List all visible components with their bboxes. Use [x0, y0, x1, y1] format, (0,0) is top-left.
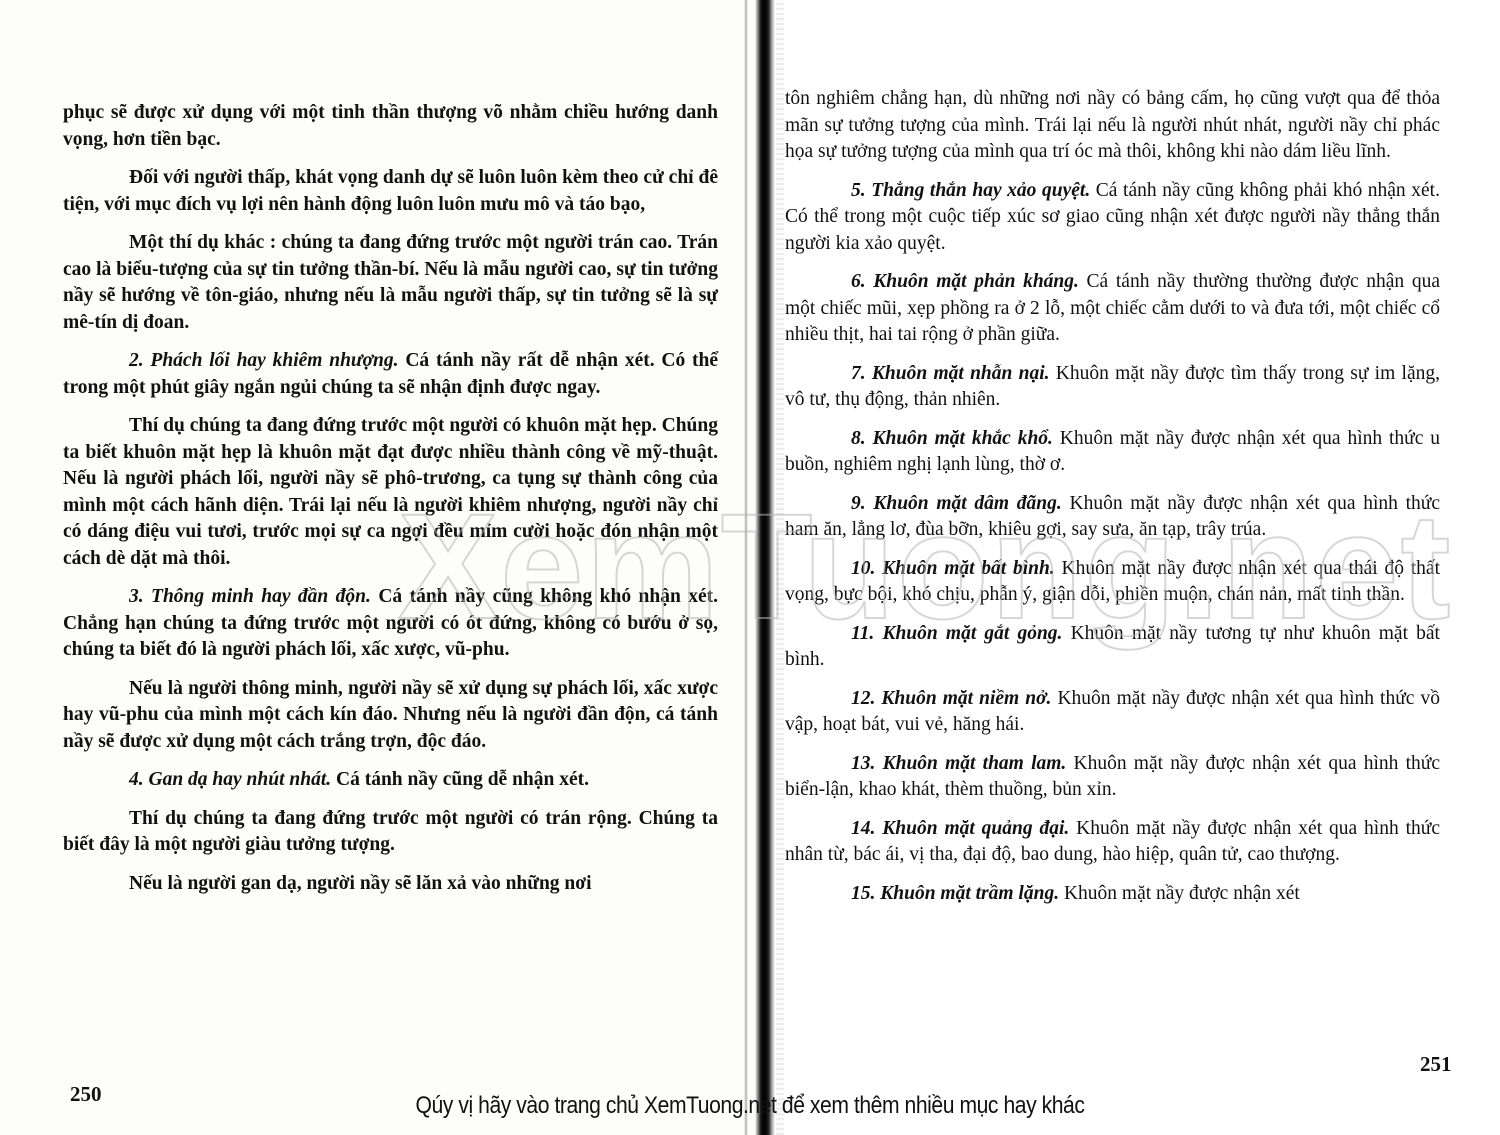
section-heading: 6. Khuôn mặt phản kháng.: [851, 271, 1079, 292]
left-page-text: phục sẽ được xử dụng với một tinh thần t…: [63, 100, 718, 909]
section-heading: 10. Khuôn mặt bất bình.: [851, 558, 1055, 579]
section-heading: 8. Khuôn mặt khắc khổ.: [851, 428, 1053, 449]
left-page: phục sẽ được xử dụng với một tinh thần t…: [0, 0, 758, 1135]
paragraph-text: Đối với người thấp, khát vọng danh dự sẽ…: [63, 167, 718, 215]
section-heading: 5. Thẳng thắn hay xảo quyệt.: [851, 180, 1090, 201]
paragraph: Thí dụ chúng ta đang đứng trước một ngườ…: [63, 806, 718, 859]
paragraph: 12. Khuôn mặt niềm nở. Khuôn mặt nầy đượ…: [785, 686, 1440, 739]
paragraph: Thí dụ chúng ta đang đứng trước một ngườ…: [63, 413, 718, 572]
page-crease: [744, 0, 748, 1135]
paragraph: 3. Thông minh hay đần độn. Cá tánh nầy c…: [63, 584, 718, 664]
paragraph-text: tôn nghiêm chẳng hạn, dù những nơi nầy c…: [785, 88, 1440, 162]
paragraph-text: Một thí dụ khác : chúng ta đang đứng trư…: [63, 232, 718, 333]
paragraph: 15. Khuôn mặt trầm lặng. Khuôn mặt nầy đ…: [785, 881, 1440, 908]
paragraph-text: Nếu là người gan dạ, người nầy sẽ lăn xả…: [129, 873, 592, 894]
paragraph-text: Cá tánh nầy cũng dễ nhận xét.: [331, 769, 589, 790]
section-heading: 3. Thông minh hay đần độn.: [129, 586, 371, 607]
section-heading: 2. Phách lối hay khiêm nhượng.: [129, 350, 399, 371]
paragraph: 11. Khuôn mặt gắt gỏng. Khuôn mặt nầy tư…: [785, 621, 1440, 674]
paragraph: Một thí dụ khác : chúng ta đang đứng trư…: [63, 230, 718, 336]
paragraph: Nếu là người thông minh, người nầy sẽ xử…: [63, 676, 718, 756]
section-heading: 4. Gan dạ hay nhút nhát.: [129, 769, 331, 790]
paragraph: 9. Khuôn mặt dâm đãng. Khuôn mặt nầy đượ…: [785, 491, 1440, 544]
paragraph-text: Nếu là người thông minh, người nầy sẽ xử…: [63, 678, 718, 752]
section-heading: 11. Khuôn mặt gắt gỏng.: [851, 623, 1062, 644]
right-page-text: tôn nghiêm chẳng hạn, dù những nơi nầy c…: [785, 86, 1440, 919]
paragraph-text: Khuôn mặt nầy được nhận xét: [1059, 883, 1300, 904]
paragraph: Nếu là người gan dạ, người nầy sẽ lăn xả…: [63, 871, 718, 898]
paragraph-text: Thí dụ chúng ta đang đứng trước một ngườ…: [63, 808, 718, 856]
paragraph: 6. Khuôn mặt phản kháng. Cá tánh nầy thư…: [785, 269, 1440, 349]
paragraph-text: phục sẽ được xử dụng với một tinh thần t…: [63, 102, 718, 150]
paragraph: 5. Thẳng thắn hay xảo quyệt. Cá tánh nầy…: [785, 178, 1440, 258]
section-heading: 9. Khuôn mặt dâm đãng.: [851, 493, 1062, 514]
paragraph: 14. Khuôn mặt quảng đại. Khuôn mặt nầy đ…: [785, 816, 1440, 869]
paragraph: 8. Khuôn mặt khắc khổ. Khuôn mặt nầy đượ…: [785, 426, 1440, 479]
section-heading: 15. Khuôn mặt trầm lặng.: [851, 883, 1059, 904]
paragraph: 4. Gan dạ hay nhút nhát. Cá tánh nầy cũn…: [63, 767, 718, 794]
paragraph: phục sẽ được xử dụng với một tinh thần t…: [63, 100, 718, 153]
section-heading: 12. Khuôn mặt niềm nở.: [851, 688, 1051, 709]
paragraph: 7. Khuôn mặt nhẫn nại. Khuôn mặt nầy đượ…: [785, 361, 1440, 414]
paragraph: Đối với người thấp, khát vọng danh dự sẽ…: [63, 165, 718, 218]
paragraph-text: Thí dụ chúng ta đang đứng trước một ngườ…: [63, 415, 718, 569]
paragraph: 13. Khuôn mặt tham lam. Khuôn mặt nầy đư…: [785, 751, 1440, 804]
section-heading: 14. Khuôn mặt quảng đại.: [851, 818, 1069, 839]
page-number-right: 251: [1420, 1052, 1452, 1077]
section-heading: 7. Khuôn mặt nhẫn nại.: [851, 363, 1050, 384]
section-heading: 13. Khuôn mặt tham lam.: [851, 753, 1066, 774]
paragraph: 2. Phách lối hay khiêm nhượng. Cá tánh n…: [63, 348, 718, 401]
paragraph: 10. Khuôn mặt bất bình. Khuôn mặt nầy đư…: [785, 556, 1440, 609]
footer-banner-link[interactable]: Qúy vị hãy vào trang chủ XemTuong.net để…: [90, 1092, 1410, 1120]
paragraph: tôn nghiêm chẳng hạn, dù những nơi nầy c…: [785, 86, 1440, 166]
